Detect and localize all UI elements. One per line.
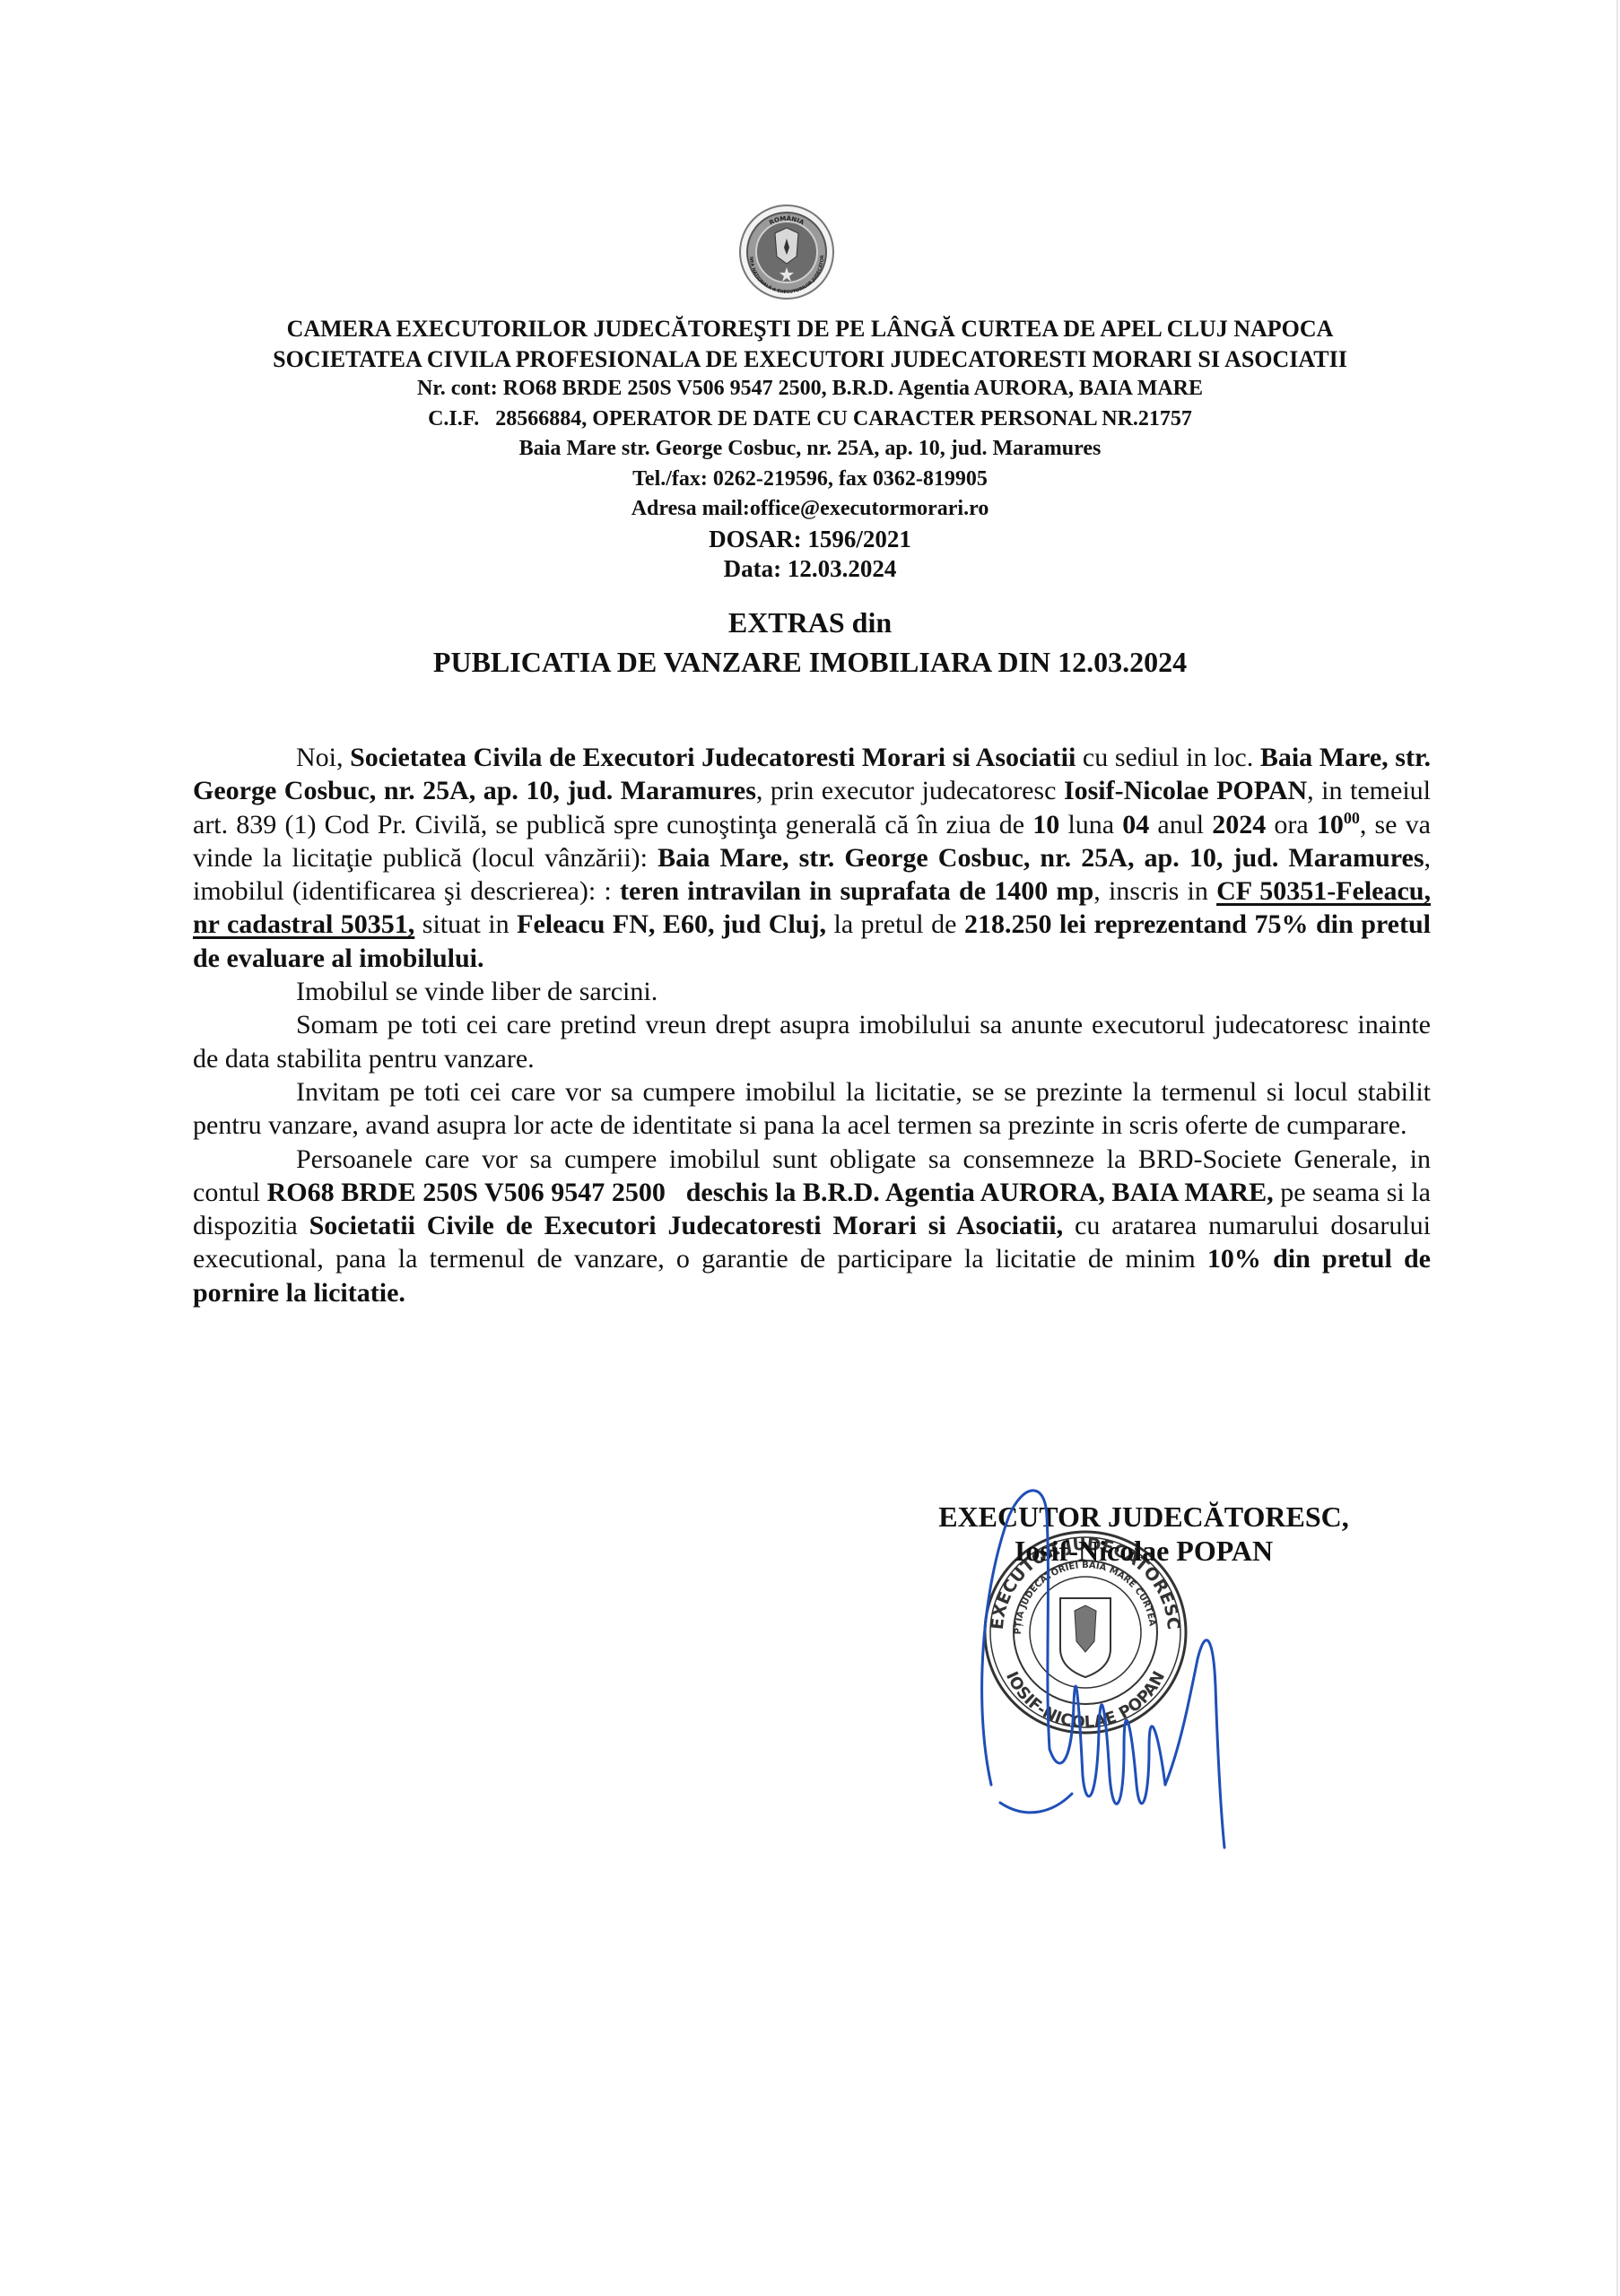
auction-year: 2024 (1212, 810, 1266, 839)
document-title: EXTRAS din PUBLICATIA DE VANZARE IMOBILI… (161, 603, 1459, 682)
paragraph-announcement: Noi, Societatea Civila de Executori Jude… (193, 741, 1431, 975)
paragraph-invitation: Invitam pe toti cei care vor sa cumpere … (193, 1075, 1431, 1143)
auction-location: Baia Mare, str. George Cosbuc, nr. 25A, … (658, 843, 1424, 873)
auction-month: 04 (1122, 810, 1149, 839)
auction-hour: 10 (1317, 810, 1344, 839)
address: Baia Mare str. George Cosbuc, nr. 25A, a… (161, 434, 1459, 465)
title-line-2: PUBLICATIA DE VANZARE IMOBILIARA DIN 12.… (161, 642, 1459, 682)
deposit-account: RO68 BRDE 250S V506 9547 2500 deschis la… (267, 1178, 1274, 1207)
chamber-name: CAMERA EXECUTORILOR JUDECĂTOREŞTI DE PE … (161, 314, 1459, 344)
document-body: Noi, Societatea Civila de Executori Jude… (193, 741, 1431, 1309)
unej-emblem-icon: ROMÂNIA UNIUNEA NAȚIONALĂ A EXECUTORILOR… (737, 203, 836, 301)
handwritten-signature-icon (973, 1480, 1269, 1857)
paragraph-guarantee: Persoanele care vor sa cumpere imobilul … (193, 1143, 1431, 1309)
document-date: Data: 12.03.2024 (161, 554, 1459, 585)
executor-name: Iosif-Nicolae POPAN (1064, 776, 1307, 805)
paragraph-claims-notice: Somam pe toti cei care pretind vreun dre… (193, 1008, 1431, 1075)
page-edge (1616, 0, 1618, 2296)
bank-account: Nr. cont: RO68 BRDE 250S V506 9547 2500,… (161, 374, 1459, 404)
property-location: Feleacu FN, E60, jud Cluj, (517, 909, 826, 939)
auction-minutes: 00 (1344, 809, 1360, 827)
case-number: DOSAR: 1596/2021 (161, 525, 1459, 555)
email: Adresa mail:office@executormorari.ro (161, 494, 1459, 525)
auction-day: 10 (1032, 810, 1059, 839)
property-description: teren intravilan in suprafata de 1400 mp (620, 876, 1093, 906)
paragraph-encumbrances: Imobilul se vinde liber de sarcini. (193, 975, 1431, 1008)
fiscal-code: C.I.F. 28566884, OPERATOR DE DATE CU CAR… (161, 404, 1459, 435)
title-line-1: EXTRAS din (161, 603, 1459, 642)
phone-fax: Tel./fax: 0262-219596, fax 0362-819905 (161, 465, 1459, 495)
letterhead: CAMERA EXECUTORILOR JUDECĂTOREŞTI DE PE … (161, 314, 1459, 585)
company-name: SOCIETATEA CIVILA PROFESIONALA DE EXECUT… (161, 344, 1459, 375)
